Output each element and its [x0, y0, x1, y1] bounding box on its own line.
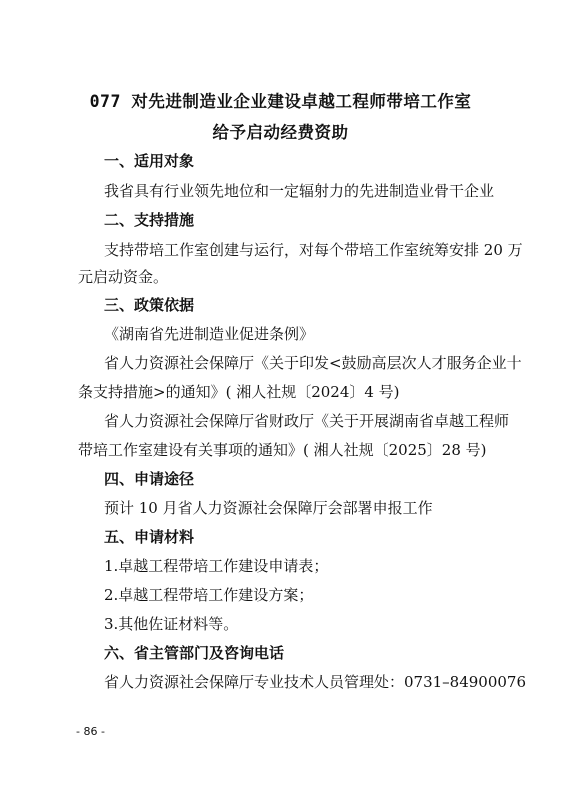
- section-heading-measures: 二、支持措施: [104, 209, 194, 230]
- section-text: 省人力资源社会保障厅《关于印发<鼓励高层次人才服务企业十: [104, 352, 522, 373]
- list-item: 2.卓越工程带培工作建设方案；: [104, 584, 313, 605]
- section-heading-basis: 三、政策依据: [104, 294, 194, 315]
- section-text: 支持带培工作室创建与运行，对每个带培工作室统筹安排 20 万: [104, 239, 523, 260]
- page-number: - 86 -: [76, 725, 105, 738]
- section-text: 条支持措施>的通知》( 湘人社规〔2024〕4 号): [78, 381, 400, 402]
- list-item: 3.其他佐证材料等。: [104, 613, 238, 634]
- section-text: 预计 10 月省人力资源社会保障厅会部署申报工作: [104, 497, 433, 518]
- list-item: 1.卓越工程带培工作建设申请表；: [104, 555, 328, 576]
- section-heading-contact: 六、省主管部门及咨询电话: [104, 642, 284, 663]
- section-heading-channel: 四、申请途径: [104, 468, 194, 489]
- section-text: 省人力资源社会保障厅省财政厅《关于开展湖南省卓越工程师: [104, 410, 509, 431]
- section-text: 《湖南省先进制造业促进条例》: [104, 323, 314, 344]
- section-text: 带培工作室建设有关事项的通知》( 湘人社规〔2025〕28 号): [78, 439, 487, 460]
- section-heading-applicable: 一、适用对象: [104, 150, 194, 171]
- document-title-line2: 给予启动经费资助: [0, 119, 561, 143]
- contact-text: 省人力资源社会保障厅专业技术人员管理处：0731–84900076: [104, 671, 526, 692]
- document-title-line1: 077 对先进制造业企业建设卓越工程师带培工作室: [0, 88, 561, 112]
- section-text: 我省具有行业领先地位和一定辐射力的先进制造业骨干企业: [104, 180, 494, 201]
- section-text: 元启动资金。: [78, 266, 168, 287]
- section-heading-materials: 五、申请材料: [104, 526, 194, 547]
